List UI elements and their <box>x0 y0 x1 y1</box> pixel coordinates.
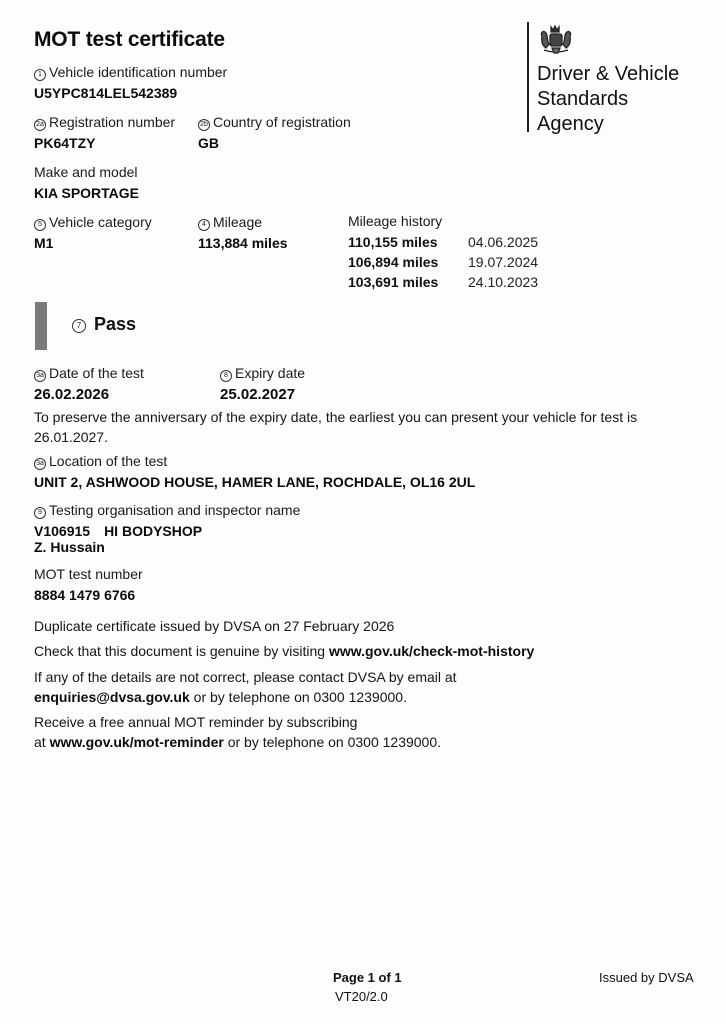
test-date-value: 26.02.2026 <box>34 386 109 403</box>
field-marker-icon: 9 <box>34 507 46 519</box>
vehicle-category-label: 5Vehicle category <box>34 214 152 231</box>
country-label: 2bCountry of registration <box>198 114 351 131</box>
mileage-history-row: 103,691 miles24.10.2023 <box>348 272 538 292</box>
mileage-history-row: 110,155 miles04.06.2025 <box>348 232 538 252</box>
mileage-history-table: 110,155 miles04.06.2025106,894 miles19.0… <box>348 232 538 292</box>
field-marker-icon: 3a <box>34 370 46 382</box>
verify-notice: Check that this document is genuine by v… <box>34 641 534 661</box>
vin-value: U5YPC814LEL542389 <box>34 85 177 101</box>
make-model-label: Make and model <box>34 164 138 180</box>
field-marker-icon: 5 <box>34 219 46 231</box>
page-number: Page 1 of 1 <box>333 970 402 985</box>
test-number-value: 8884 1479 6766 <box>34 587 135 603</box>
mileage-value: 113,884 miles <box>198 235 288 251</box>
make-model-value: KIA SPORTAGE <box>34 185 139 201</box>
issued-by: Issued by DVSA <box>599 970 694 985</box>
test-result: 7 Pass <box>72 314 136 335</box>
vehicle-category-value: M1 <box>34 235 53 251</box>
agency-name-line-2: Standards <box>537 87 679 112</box>
document-title: MOT test certificate <box>34 28 225 52</box>
agency-name: Driver & Vehicle Standards Agency <box>537 62 679 137</box>
field-marker-icon: 2b <box>198 119 210 131</box>
logo-divider <box>527 22 529 132</box>
field-marker-icon: 8 <box>220 370 232 382</box>
country-value: GB <box>198 135 219 151</box>
history-miles: 110,155 miles <box>348 232 468 252</box>
royal-crest-icon <box>536 24 576 56</box>
tester-org-name: HI BODYSHOP <box>104 523 202 539</box>
mot-reminder-link[interactable]: www.gov.uk/mot-reminder <box>50 734 224 750</box>
registration-value: PK64TZY <box>34 135 95 151</box>
mileage-history-row: 106,894 miles19.07.2024 <box>348 252 538 272</box>
mileage-label: 4Mileage <box>198 214 262 231</box>
registration-label: 2aRegistration number <box>34 114 175 131</box>
tester-label: 9Testing organisation and inspector name <box>34 502 300 519</box>
duplicate-notice: Duplicate certificate issued by DVSA on … <box>34 616 394 636</box>
contact-email-link[interactable]: enquiries@dvsa.gov.uk <box>34 689 190 705</box>
vin-label: 1Vehicle identification number <box>34 64 227 81</box>
field-marker-icon: 1 <box>34 69 46 81</box>
tester-value: V106915HI BODYSHOP Z. Hussain <box>34 523 202 555</box>
field-marker-icon: 4 <box>198 219 210 231</box>
field-marker-icon: 2a <box>34 119 46 131</box>
history-date: 24.10.2023 <box>468 272 538 292</box>
mileage-history-label: Mileage history <box>348 213 442 229</box>
location-value: UNIT 2, ASHWOOD HOUSE, HAMER LANE, ROCHD… <box>34 474 475 490</box>
reminder-notice: Receive a free annual MOT reminder by su… <box>34 712 441 752</box>
history-date: 19.07.2024 <box>468 252 538 272</box>
history-date: 04.06.2025 <box>468 232 538 252</box>
result-indicator-bar <box>35 302 47 350</box>
inspector-name: Z. Hussain <box>34 539 202 555</box>
test-number-label: MOT test number <box>34 566 143 582</box>
field-marker-icon: 7 <box>72 319 86 333</box>
history-miles: 106,894 miles <box>348 252 468 272</box>
tester-org-id: V106915 <box>34 523 90 539</box>
anniversary-note: To preserve the anniversary of the expir… <box>34 407 694 447</box>
form-code: VT20/2.0 <box>335 989 388 1004</box>
history-miles: 103,691 miles <box>348 272 468 292</box>
expiry-date-value: 25.02.2027 <box>220 386 295 403</box>
location-label: 3aLocation of the test <box>34 453 167 470</box>
field-marker-icon: 3a <box>34 458 46 470</box>
expiry-date-label: 8Expiry date <box>220 365 305 382</box>
test-date-label: 3aDate of the test <box>34 365 144 382</box>
agency-name-line-1: Driver & Vehicle <box>537 62 679 87</box>
agency-name-line-3: Agency <box>537 112 679 137</box>
test-result-status: Pass <box>94 314 136 334</box>
contact-notice: If any of the details are not correct, p… <box>34 667 457 707</box>
check-mot-history-link[interactable]: www.gov.uk/check-mot-history <box>329 643 534 659</box>
